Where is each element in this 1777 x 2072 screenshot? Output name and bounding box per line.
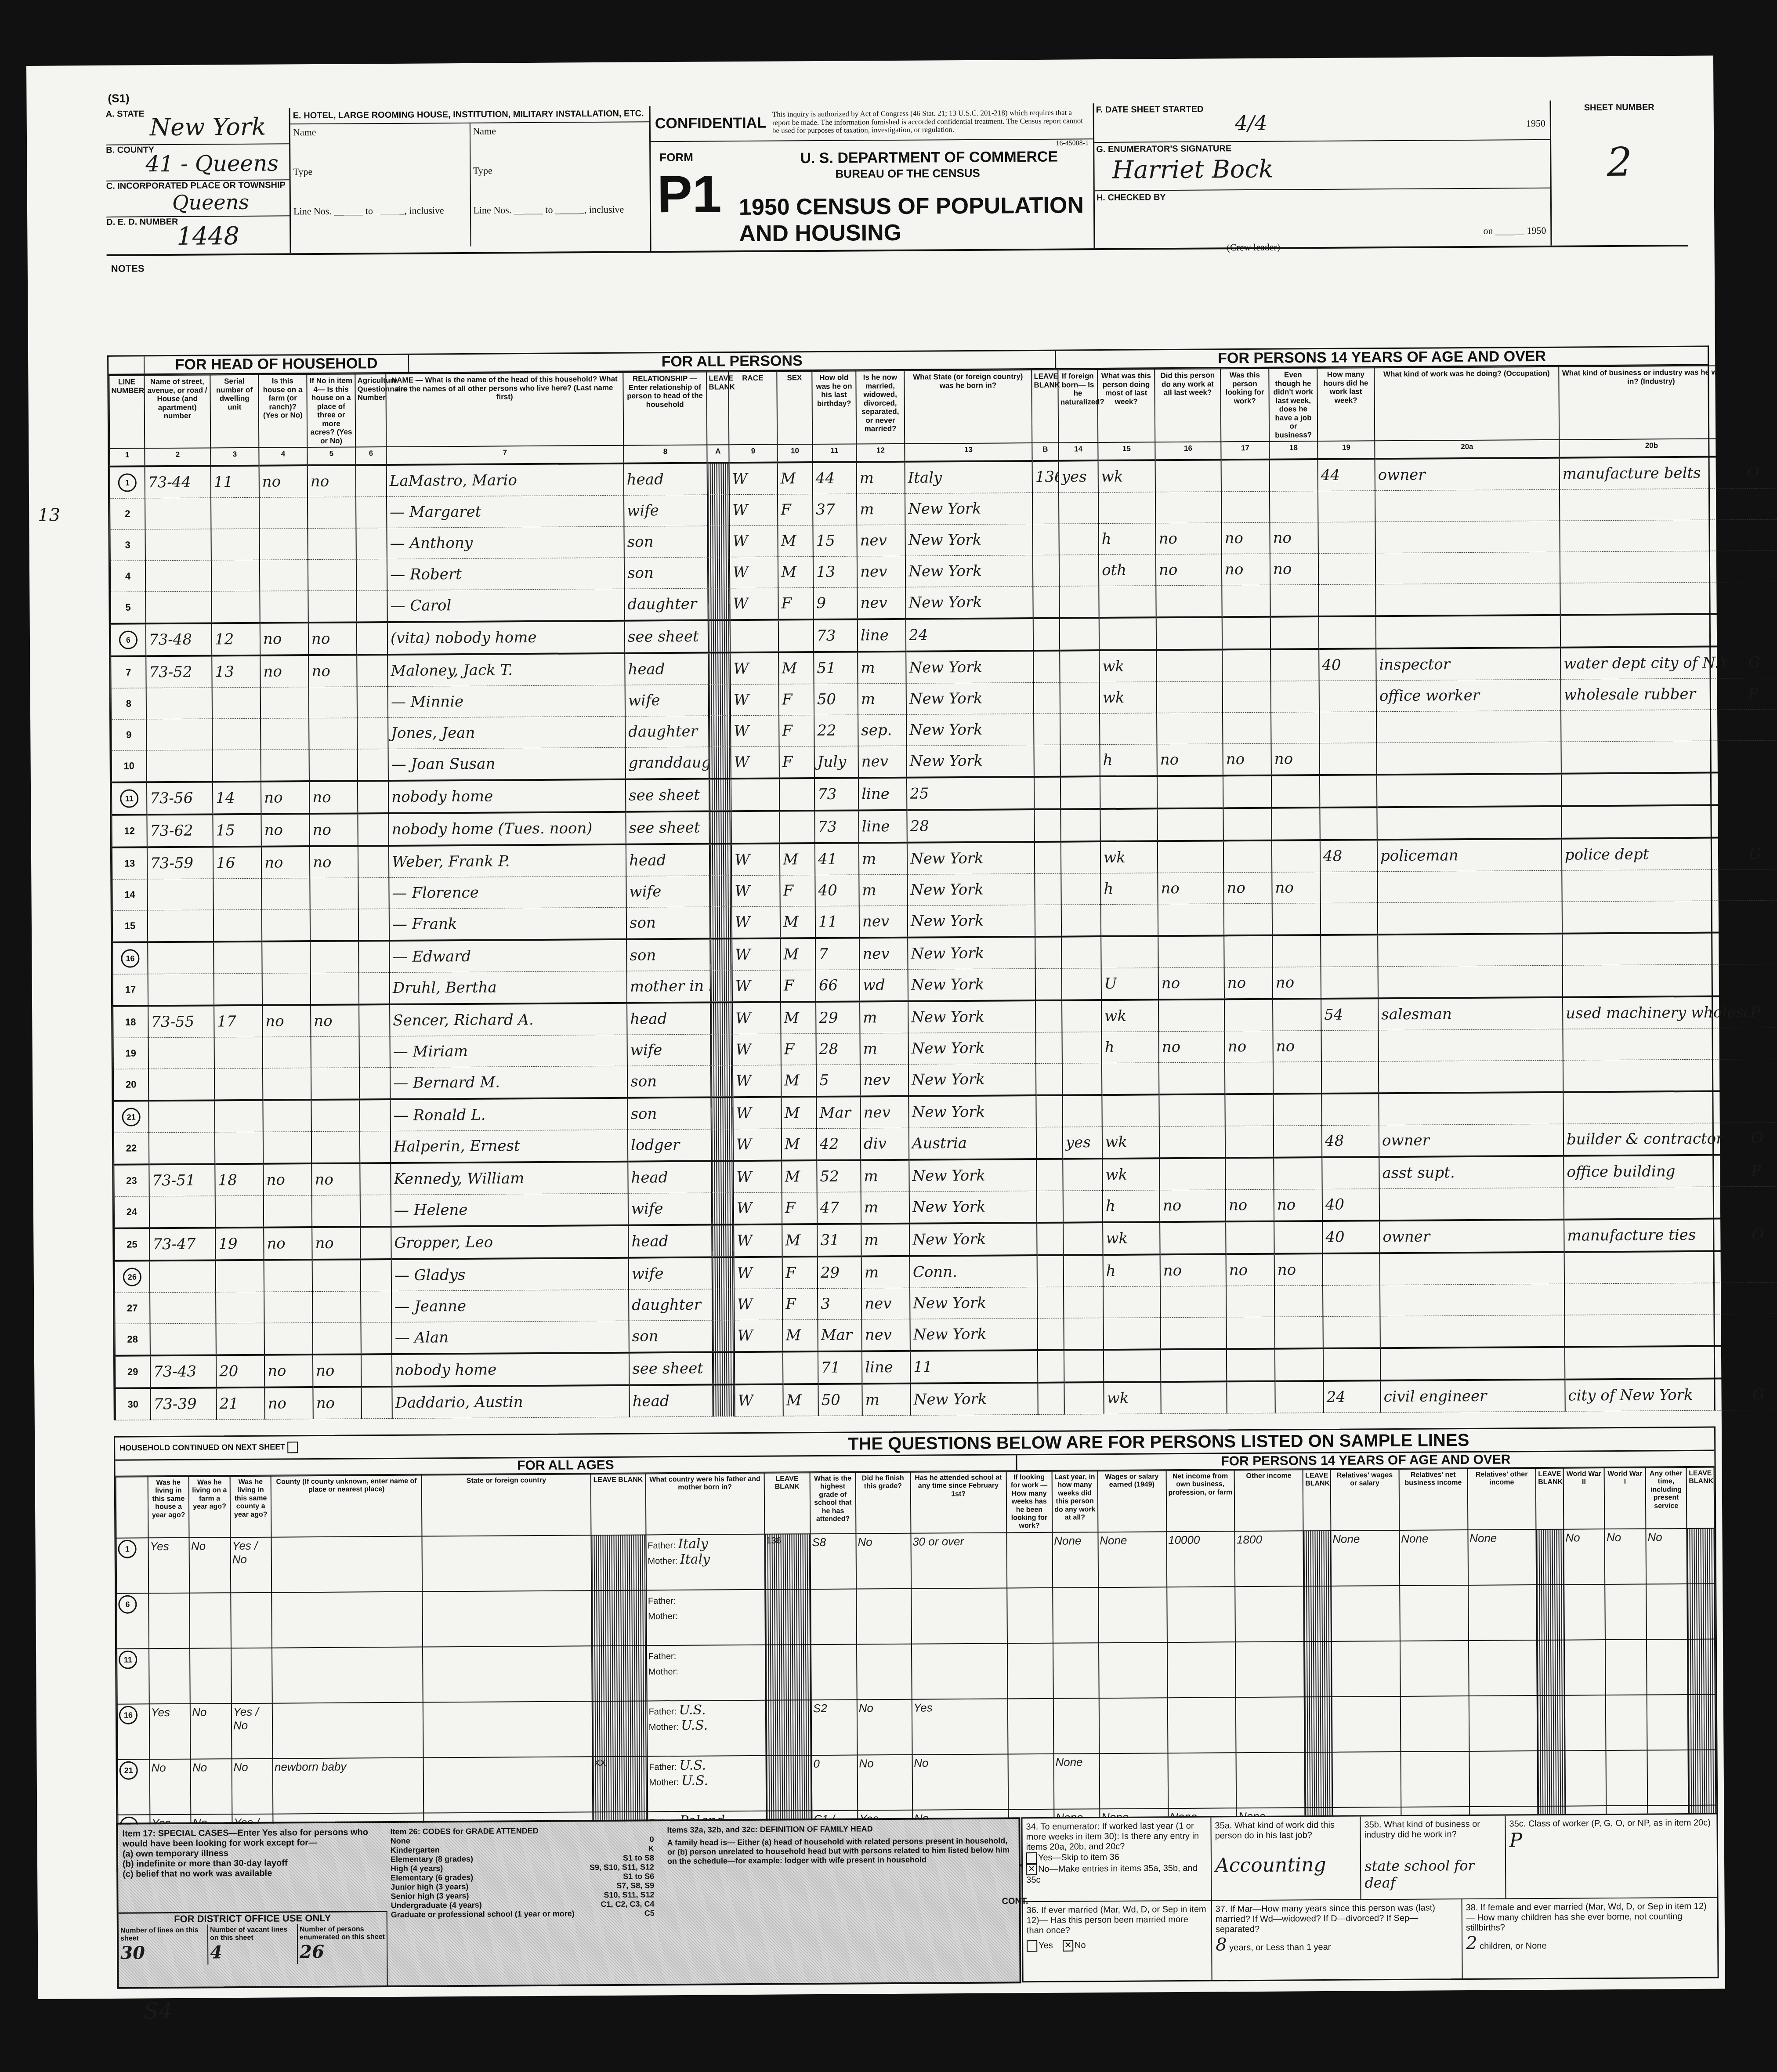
cell-industry: manufacture belts	[1560, 457, 1744, 490]
cell-looking	[1224, 999, 1273, 1031]
cell-looking	[1225, 1094, 1273, 1126]
q36-no-checkbox[interactable]: ✕	[1063, 1940, 1073, 1952]
hotel-lines-label-2: Line Nos. ______ to ______, inclusive	[473, 204, 647, 216]
cell-looking	[1223, 840, 1272, 873]
sample-cell-grade: 0	[811, 1755, 858, 1811]
cell-serial	[214, 910, 262, 942]
question-35b: 35b. What kind of business or industry d…	[1361, 1816, 1506, 1900]
sample-cell-other: 1800	[1235, 1531, 1304, 1587]
cell-occupation: owner	[1379, 1124, 1563, 1157]
cell-b	[1037, 1191, 1063, 1223]
cell-birthplace: 28	[907, 809, 1034, 843]
q36-yes-checkbox[interactable]	[1027, 1940, 1037, 1952]
cell-name: — Alan	[391, 1321, 629, 1355]
confidential-label: CONFIDENTIAL	[655, 114, 766, 132]
sample-cell-school: 30 or over	[911, 1532, 1007, 1588]
cell-farm: no	[264, 1387, 313, 1419]
col-header-13: What State (or foreign country) was he b…	[904, 370, 1032, 444]
cell-looking	[1226, 1221, 1274, 1254]
cell-class	[1749, 1314, 1777, 1346]
cell-sex	[778, 619, 814, 652]
household-continued-checkbox[interactable]	[287, 1442, 298, 1453]
form-number: 16-45008-1	[1056, 139, 1089, 147]
cell-house	[145, 529, 211, 561]
cell-looking: no	[1224, 967, 1273, 1000]
cell-serial: 19	[215, 1228, 264, 1261]
cell-worked: no	[1155, 523, 1221, 554]
cell-acres: no	[313, 1355, 361, 1387]
state-value: New York	[150, 113, 266, 141]
cell-industry	[1564, 1187, 1748, 1220]
q34-yes-checkbox[interactable]	[1026, 1852, 1037, 1864]
cell-worked: no	[1158, 1031, 1224, 1063]
cell-industry	[1563, 1028, 1747, 1061]
cell-serial	[214, 1100, 263, 1132]
cell-worked: no	[1158, 967, 1224, 1000]
sample-cell-grade	[811, 1644, 857, 1700]
cell-worked: no	[1156, 554, 1222, 586]
cell-class	[1749, 1346, 1777, 1378]
sample-cell-q21	[149, 1648, 190, 1704]
cell-naturalized	[1060, 714, 1100, 745]
cell-house	[149, 1196, 215, 1228]
cell-acres	[312, 1322, 361, 1355]
cell-birthplace: Conn.	[910, 1255, 1037, 1288]
cell-age: 71	[818, 1351, 862, 1384]
cell-sex: M	[781, 1002, 816, 1034]
cell-b	[1033, 555, 1059, 587]
cell-naturalized	[1060, 745, 1100, 777]
cell-sex	[783, 1351, 818, 1384]
cell-hours: 40	[1322, 1221, 1379, 1254]
cell-hours	[1321, 967, 1378, 999]
cell-serial: 12	[212, 623, 260, 656]
cell-age: 29	[818, 1257, 861, 1289]
cell-hours: 48	[1322, 1125, 1379, 1157]
household-table: LINE NUMBER Name of street, avenue, or r…	[109, 365, 1777, 1421]
cell-hours	[1323, 1348, 1380, 1381]
col-header-7: NAME — What is the name of the head of t…	[386, 373, 623, 447]
parents-birthplace: Father: Mother:	[647, 1645, 766, 1701]
sample-cell-other_service	[1647, 1695, 1688, 1750]
sample-cell-state	[423, 1701, 592, 1757]
cell-acres: no	[310, 846, 358, 878]
sample-cell-wages: None	[1098, 1532, 1167, 1587]
line-number: 26	[115, 1261, 150, 1293]
cell-job	[1270, 649, 1319, 681]
cell-sex: M	[782, 1160, 817, 1192]
cell-birthplace: Italy	[905, 461, 1032, 493]
cell-class: O	[1748, 1123, 1777, 1155]
cell-hours	[1323, 1285, 1380, 1317]
cell-hours: 48	[1320, 840, 1377, 872]
col-header-6: Agriculture Questionnaire Number	[355, 374, 386, 447]
cell-birthplace: New York	[906, 651, 1033, 683]
cell-class	[1746, 772, 1777, 805]
cell-name: Jones, Jean	[388, 717, 625, 749]
cell-job	[1270, 585, 1318, 617]
cell-industry: wholesale rubber	[1561, 678, 1745, 711]
cell-farm	[263, 1132, 311, 1164]
cell-hours	[1321, 1061, 1379, 1094]
cell-age: 5	[816, 1065, 860, 1097]
sample-cell-rel_wages	[1332, 1641, 1401, 1697]
cell-race: W	[730, 588, 778, 620]
sample-cell-other	[1236, 1697, 1305, 1753]
cell-birthplace: New York	[909, 1191, 1037, 1224]
cell-marital: m	[862, 1384, 910, 1416]
cell-naturalized	[1064, 1382, 1104, 1414]
cell-rel: head	[625, 653, 708, 685]
cell-b	[1033, 651, 1060, 683]
sample-line-badge: 11	[120, 790, 138, 808]
cell-farm	[261, 878, 310, 910]
cell-naturalized	[1060, 682, 1100, 714]
cell-b	[1033, 618, 1060, 651]
cell-farm	[264, 1195, 312, 1228]
cell-looking	[1222, 649, 1270, 681]
cell-age: 42	[817, 1128, 861, 1160]
cell-b	[1036, 1127, 1063, 1159]
sample-cell-weeks_looking	[1008, 1699, 1054, 1754]
cell-acres: no	[311, 1163, 360, 1195]
cell-house: 73-52	[146, 656, 212, 688]
cell-naturalized	[1062, 1000, 1101, 1032]
cell-occupation	[1375, 490, 1560, 522]
cell-age: 73	[814, 619, 858, 652]
cell-serial: 13	[212, 656, 260, 688]
cell-age: 3	[818, 1288, 861, 1320]
sample-cell-other_service	[1647, 1639, 1688, 1695]
cell-marital: m	[858, 684, 906, 715]
cell-hours	[1319, 712, 1376, 743]
sample-cell-county	[271, 1536, 423, 1592]
cell-name: nobody home (Tues. noon)	[388, 812, 626, 846]
sample-cell-weeks_looking	[1007, 1588, 1053, 1644]
cell-marital: nev	[857, 587, 905, 619]
cell-rel: see sheet	[626, 779, 709, 812]
hotel-lines-label-1: Line Nos. ______ to ______, inclusive	[293, 205, 467, 217]
column-header-row: LINE NUMBER Name of street, avenue, or r…	[109, 365, 1777, 449]
line-number: 14	[112, 879, 147, 910]
cell-name: — Bernard M.	[390, 1066, 627, 1100]
cell-b	[1037, 1319, 1064, 1351]
cell-house	[148, 974, 214, 1006]
col-header-15: What was this person doing most of last …	[1097, 369, 1155, 442]
line-number: 15	[112, 910, 148, 942]
sample-cell-school: Yes	[912, 1699, 1008, 1754]
cell-b	[1035, 1000, 1062, 1032]
sample-cell-weeks_worked: None	[1053, 1753, 1100, 1809]
population-grid: FOR HEAD OF HOUSEHOLD FOR ALL PERSONS FO…	[107, 346, 1715, 1421]
place-value: Queens	[172, 190, 249, 214]
line-number: 3	[110, 529, 145, 561]
census-sheet: (S1) a. STATE New York b. COUNTY 41 - Qu…	[26, 56, 1725, 1999]
cell-acres	[311, 1131, 360, 1163]
cell-house	[150, 1323, 216, 1355]
cell-race: W	[734, 1289, 782, 1320]
cell-race	[731, 779, 779, 811]
cell-occupation	[1380, 1347, 1565, 1381]
cell-serial: 18	[215, 1164, 263, 1196]
cell-marital: sep.	[858, 715, 906, 746]
cell-race: W	[729, 525, 778, 557]
cell-naturalized	[1059, 524, 1098, 555]
cell-occupation	[1379, 1061, 1563, 1094]
crew-leader-label: (Crew leader)	[1227, 242, 1281, 253]
cell-sex: F	[782, 1257, 818, 1289]
cell-hours	[1318, 553, 1375, 585]
cell-age: 44	[813, 462, 857, 494]
cell-activity: wk	[1100, 841, 1158, 873]
cell-worked	[1160, 1222, 1226, 1255]
cell-sex: F	[779, 746, 814, 779]
cell-serial	[211, 498, 259, 529]
cell-class	[1748, 1059, 1777, 1091]
checked-by-label: h. CHECKED BY	[1097, 192, 1166, 203]
cell-worked: no	[1158, 873, 1223, 904]
cell-activity: wk	[1103, 1222, 1160, 1255]
cell-acres	[310, 878, 358, 909]
question-35c: 35c. Class of worker (P, G, O, or NP, as…	[1506, 1815, 1717, 1899]
cell-job	[1271, 681, 1319, 713]
cell-occupation	[1378, 966, 1563, 999]
sample-cell-rel_other	[1468, 1585, 1537, 1641]
cell-acres	[309, 749, 358, 781]
cell-b	[1037, 1223, 1063, 1255]
cell-rel: son	[626, 939, 710, 971]
cell-birthplace: New York	[909, 1223, 1037, 1256]
cell-activity	[1100, 713, 1157, 745]
cell-looking	[1226, 1286, 1274, 1318]
cell-class: G	[1746, 837, 1777, 869]
cell-sex: M	[778, 557, 813, 588]
parents-birthplace: Father: ItalyMother: Italy	[646, 1534, 765, 1590]
cell-house	[148, 910, 214, 942]
cell-industry	[1563, 1059, 1748, 1092]
cell-activity: h	[1103, 1255, 1160, 1287]
cell-age: 52	[817, 1160, 861, 1192]
special-cases-title: Item 17: SPECIAL CASES—Enter Yes also fo…	[123, 1827, 386, 1849]
cell-farm	[261, 750, 309, 782]
cell-farm	[262, 909, 310, 942]
cell-acres: no	[312, 1227, 360, 1260]
cell-name: — Minnie	[388, 685, 625, 718]
cell-naturalized	[1060, 650, 1099, 682]
cell-b	[1034, 809, 1060, 842]
cell-naturalized	[1064, 1350, 1104, 1383]
cell-worked	[1157, 681, 1223, 713]
cell-name: — Anthony	[387, 527, 624, 559]
cell-naturalized	[1064, 1318, 1103, 1350]
cell-sex: M	[782, 1129, 817, 1161]
sample-row: 16YesNoYes / NoFather: U.S.Mother: U.S.S…	[117, 1694, 1716, 1759]
line-number: 27	[115, 1293, 150, 1324]
cell-marital: m	[859, 843, 907, 875]
line-number: 25	[114, 1228, 149, 1261]
cell-rel: son	[627, 1098, 711, 1130]
cell-marital: m	[861, 1256, 910, 1288]
cell-race: W	[731, 844, 780, 876]
cell-worked	[1156, 617, 1222, 650]
cell-hours	[1321, 903, 1378, 935]
cell-rel: son	[624, 526, 707, 558]
cell-name: — Jeanne	[391, 1290, 629, 1322]
parents-birthplace: Father: U.S.Mother: U.S.	[647, 1700, 766, 1757]
cell-job: no	[1272, 872, 1320, 904]
line-number: 16	[112, 942, 148, 974]
cell-serial	[213, 879, 261, 910]
line-number: 19	[113, 1038, 148, 1069]
cell-rel: head	[628, 1161, 711, 1194]
line-number: 12	[112, 815, 147, 848]
cell-birthplace: New York	[908, 937, 1035, 969]
line-number: 22	[114, 1133, 149, 1165]
cell-industry	[1561, 741, 1745, 774]
cell-race: W	[734, 1320, 782, 1352]
cell-farm	[264, 1323, 312, 1355]
cell-serial	[211, 591, 260, 623]
cell-acres	[309, 718, 357, 750]
sample-cell-other	[1236, 1752, 1305, 1808]
cell-naturalized	[1059, 555, 1099, 587]
cell-worked	[1160, 1317, 1226, 1349]
line-number: 2	[110, 498, 145, 529]
cell-farm: no	[262, 1005, 311, 1037]
sample-line-badge: 6	[119, 631, 138, 649]
household-continued[interactable]: HOUSEHOLD CONTINUED ON NEXT SHEET	[115, 1440, 603, 1454]
cell-race: W	[734, 1257, 782, 1289]
cell-race: W	[732, 1034, 781, 1065]
sample-row: 1YesNoYes / NoFather: ItalyMother: Italy…	[116, 1528, 1715, 1593]
cell-house: 73-47	[149, 1228, 215, 1261]
cell-birthplace: New York	[909, 1159, 1036, 1192]
form-label: FORM	[659, 151, 693, 164]
cell-industry: builder & contractor	[1563, 1123, 1748, 1156]
family-head-definition: Items 32a, 32b, and 32c: DEFINITION OF F…	[667, 1823, 1010, 1866]
cell-industry	[1561, 805, 1746, 839]
cell-worked	[1157, 713, 1223, 744]
cell-farm	[263, 1100, 311, 1132]
cell-name: Daddario, Austin	[392, 1385, 629, 1419]
sample-cell-rel_wages	[1332, 1696, 1401, 1752]
date-value: 4/4	[1235, 111, 1267, 135]
cell-marital: line	[862, 1351, 910, 1384]
cell-looking	[1227, 1381, 1275, 1413]
cell-house	[148, 1069, 214, 1101]
cell-race: W	[732, 906, 780, 938]
cell-activity: h	[1100, 744, 1157, 776]
cell-marital: nev	[859, 938, 908, 970]
hotel-type-label-1: Type	[293, 166, 467, 206]
followup-questions: 34. To enumerator: If worked last year (…	[1021, 1813, 1719, 1983]
cell-looking	[1221, 460, 1270, 492]
cell-hours	[1321, 935, 1378, 967]
cell-class	[1747, 932, 1777, 964]
cell-occupation	[1375, 552, 1560, 585]
enumerator-label: g. ENUMERATOR'S SIGNATURE	[1096, 144, 1231, 154]
cell-sex	[779, 778, 814, 811]
line-number: 8	[111, 688, 146, 719]
cell-b	[1033, 587, 1059, 619]
cell-marital: nev	[861, 1288, 910, 1320]
col-header-9: RACE	[728, 372, 777, 445]
cell-race: W	[731, 875, 780, 907]
place-label: c. INCORPORATED PLACE OR TOWNSHIP	[106, 180, 286, 191]
confidential-text: This inquiry is authorized by Act of Con…	[772, 109, 1089, 135]
cell-name: Gropper, Leo	[391, 1225, 628, 1259]
cell-industry	[1560, 520, 1744, 552]
cell-activity	[1104, 1350, 1161, 1383]
cell-farm: no	[260, 623, 308, 656]
cell-b	[1035, 937, 1061, 969]
cell-race	[730, 620, 778, 653]
cell-name: Sencer, Richard A.	[390, 1003, 627, 1036]
hotel-label: e. HOTEL, LARGE ROOMING HOUSE, INSTITUTI…	[290, 106, 649, 124]
cell-birthplace: New York	[908, 1032, 1035, 1065]
cell-name: — Gladys	[391, 1258, 629, 1291]
cell-age: 15	[813, 525, 857, 557]
cell-name: — Joan Susan	[388, 748, 626, 781]
cell-job	[1274, 1157, 1322, 1189]
cell-occupation	[1380, 1315, 1564, 1348]
cell-rel: wife	[627, 1034, 710, 1066]
cell-farm: no	[259, 465, 308, 497]
sample-cell-weeks_worked: None	[1052, 1532, 1098, 1588]
sheet-number-label: SHEET NUMBER	[1551, 100, 1687, 113]
cell-activity	[1102, 1063, 1159, 1095]
cell-rel: wife	[628, 1193, 712, 1225]
sample-line-badge: 6	[118, 1595, 137, 1613]
cell-serial	[212, 688, 261, 719]
date-year: 1950	[1526, 118, 1545, 129]
q34-no-checkbox[interactable]: ✕	[1026, 1864, 1037, 1875]
cell-house: 73-44	[145, 466, 211, 498]
cell-age: Mar	[816, 1097, 860, 1129]
sample-cell-school	[911, 1588, 1007, 1644]
cell-farm	[264, 1292, 312, 1323]
cell-marital: m	[861, 1224, 909, 1257]
cell-looking	[1227, 1349, 1275, 1382]
cell-marital: m	[859, 875, 907, 906]
cell-marital: wd	[860, 970, 908, 1002]
cell-industry	[1564, 1251, 1749, 1284]
cell-rel: see sheet	[626, 811, 709, 844]
cell-acres	[309, 687, 357, 718]
cell-age: 73	[814, 778, 858, 811]
cell-naturalized	[1064, 1255, 1103, 1287]
cell-farm	[259, 497, 308, 529]
cell-acres: no	[309, 814, 358, 847]
cell-sex: M	[780, 843, 815, 875]
cell-acres	[308, 497, 356, 529]
cell-marital: nev	[860, 1096, 908, 1128]
cell-industry: city of New York	[1565, 1378, 1749, 1411]
cell-naturalized	[1063, 1191, 1103, 1223]
cell-industry: used machinery wholesale & retail	[1563, 996, 1747, 1029]
cell-industry	[1560, 582, 1744, 615]
cell-looking	[1226, 1317, 1274, 1349]
cell-looking	[1225, 1158, 1274, 1190]
cell-worked	[1161, 1349, 1227, 1382]
cell-sex: F	[779, 715, 814, 746]
cell-activity: wk	[1100, 682, 1157, 714]
cell-serial	[214, 1037, 263, 1069]
line-number: 24	[114, 1196, 149, 1228]
cell-job	[1274, 1317, 1323, 1349]
cell-occupation	[1378, 902, 1562, 935]
cell-name: (vita) nobody home	[387, 621, 625, 655]
